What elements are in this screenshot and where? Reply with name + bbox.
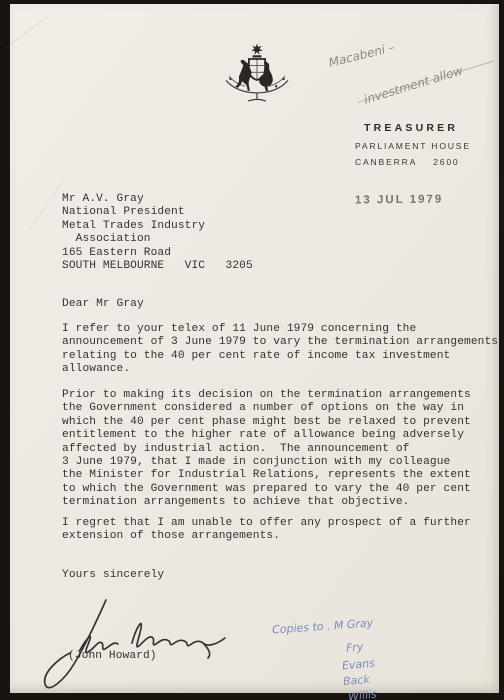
closing: Yours sincerely bbox=[62, 569, 164, 582]
paper-crease bbox=[6, 16, 48, 49]
commonwealth-star bbox=[251, 43, 263, 54]
letterhead-title: TREASURER bbox=[364, 122, 471, 134]
paragraph-3: I regret that I am unable to offer any p… bbox=[62, 517, 471, 544]
recipient-address: Mr A.V. Gray National President Metal Tr… bbox=[62, 193, 253, 273]
blue-annotation-name-4: Willis bbox=[347, 688, 377, 700]
australian-coat-of-arms-icon bbox=[220, 42, 294, 104]
letterhead-city: CANBERRA bbox=[355, 157, 417, 167]
letter-page: Macabeni – investment allow TREASURER PA… bbox=[10, 4, 499, 693]
signature-typed-name: (John Howard) bbox=[68, 650, 157, 663]
letterhead: TREASURER PARLIAMENT HOUSE CANBERRA2600 bbox=[355, 122, 471, 167]
pencil-annotation-line1: Macabeni – bbox=[327, 40, 396, 70]
paragraph-1: I refer to your telex of 11 June 1979 co… bbox=[62, 323, 498, 377]
john-howard-signature bbox=[32, 596, 232, 700]
blue-annotation-name-1: Fry bbox=[345, 640, 363, 654]
blue-annotation-name-2: Evans bbox=[341, 657, 375, 673]
paragraph-2: Prior to making its decision on the term… bbox=[62, 389, 471, 510]
blue-annotation-heading: Copies to . M Gray bbox=[272, 616, 374, 636]
paper-crease bbox=[28, 181, 63, 233]
date-received-stamp: 13 JUL 1979 bbox=[355, 194, 443, 207]
salutation: Dear Mr Gray bbox=[62, 298, 144, 311]
letterhead-postcode: 2600 bbox=[433, 157, 459, 167]
letterhead-address-line2: CANBERRA2600 bbox=[355, 157, 471, 167]
pencil-underline bbox=[358, 61, 494, 103]
blue-annotation-name-3: Back bbox=[342, 673, 370, 688]
letterhead-address-line1: PARLIAMENT HOUSE bbox=[355, 141, 471, 151]
